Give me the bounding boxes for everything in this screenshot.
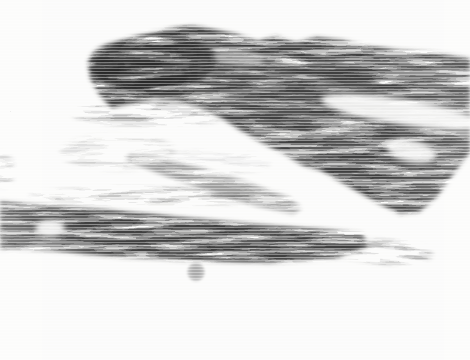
photocopied-photo-page bbox=[0, 0, 470, 360]
toner-speckle-overlay bbox=[0, 0, 470, 360]
photocopy-landscape-image bbox=[0, 0, 470, 360]
